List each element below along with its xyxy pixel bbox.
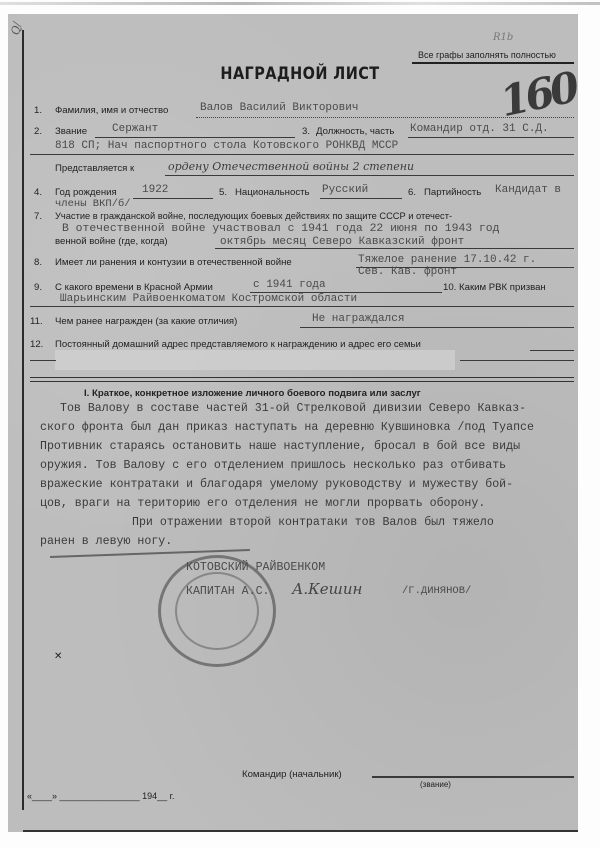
field-11-number: 11. <box>30 316 43 327</box>
field-9-value: с 1941 года <box>253 279 326 291</box>
fill-instruction: Все графы заполнять полностью <box>418 50 556 60</box>
field-2-value: Сержант <box>112 123 158 135</box>
narrative-line-8: ранен в левую ногу. <box>40 533 172 552</box>
field-3-value: Командир отд. 31 С.Д. <box>410 123 549 135</box>
document-title: НАГРАДНОЙ ЛИСТ <box>45 64 555 84</box>
field-10-label-text: Каким РВК призван <box>459 282 546 293</box>
field-5-value: Русский <box>322 184 368 196</box>
narrative-line-6: цов, враги на територию его отделения не… <box>40 495 485 514</box>
presented-label: Представляется к <box>55 163 134 174</box>
presented-award: ордену Отечественной войны 2 степени <box>168 160 414 173</box>
narrative-line-7: При отражении второй контратаки тов Вало… <box>132 514 494 533</box>
field-6-value-continued: члены ВКП/б/ <box>55 198 131 210</box>
field-2-label: Звание <box>55 126 87 137</box>
scan-edge-streak <box>0 2 600 5</box>
corner-mark: Q/ <box>9 21 24 36</box>
rank-caption: (звание) <box>420 780 451 789</box>
field-4-label: Год рождения <box>55 187 117 198</box>
field-8-number: 8. <box>34 257 42 268</box>
narrative-line-2: ского фронта был дан приказ наступать на… <box>40 419 534 438</box>
handwritten-signature: А.Кешин <box>292 580 362 598</box>
field-7-value-continued: октябрь месяц Северо Кавказский фронт <box>220 236 464 248</box>
narrative-line-5: вражеские контратаки и благодаря умелому… <box>40 476 513 495</box>
field-8-value: Тяжелое ранение 17.10.42 г. <box>358 254 536 266</box>
field-11-label: Чем ранее награжден (за какие отличия) <box>55 316 237 327</box>
field-5-number: 5. <box>219 187 227 198</box>
section-1-heading: I. Краткое, конкретное изложение личного… <box>84 388 421 399</box>
commander-label: Командир (начальник) <box>242 769 342 780</box>
field-1-label: Фамилия, имя и отчество <box>55 105 168 116</box>
field-7-label-continued: венной войне (где, когда) <box>55 236 168 247</box>
signature-rank: КАПИТАН А.С. <box>186 585 270 598</box>
field-10-number: 10. <box>443 282 456 293</box>
field-1-number: 1. <box>34 105 42 116</box>
field-4-number: 4. <box>34 187 42 198</box>
archive-mark: R1b <box>493 32 513 43</box>
signature-org: КОТОВСКИЙ РАЙВОЕНКОМ <box>186 561 325 574</box>
field-2-number: 2. <box>34 126 42 137</box>
field-7-number: 7. <box>34 211 42 222</box>
field-3-label: Должность, часть <box>316 126 394 137</box>
narrative-line-4: оружия. Тов Валову с его отделением приш… <box>40 457 506 476</box>
field-10-value: Шарьинским Райвоенкоматом Костромской об… <box>60 293 357 305</box>
field-4-value: 1922 <box>142 184 168 196</box>
field-1-value: Валов Василий Викторович <box>200 102 358 114</box>
margin-line <box>22 30 24 810</box>
field-3-value-continued: 818 СП; Нач паспортного стола Котовского… <box>55 140 398 152</box>
field-5-label: Национальность <box>235 187 310 198</box>
field-3-number: 3. <box>302 126 310 137</box>
bottom-border <box>23 830 578 832</box>
field-11-value: Не награждался <box>312 313 404 325</box>
field-12-number: 12. <box>30 339 43 350</box>
field-9-label: С какого времени в Красной Армии <box>55 282 213 293</box>
narrative-line-3: Противник стараясь остановить наше насту… <box>40 438 520 457</box>
signer-name: /Г.ДИНЯНОВ/ <box>402 585 471 597</box>
ink-blot: ✕ <box>54 651 62 662</box>
field-8-value-continued: Сев. Кав. фронт <box>358 266 457 278</box>
field-9-number: 9. <box>34 282 42 293</box>
field-12-label: Постоянный домашний адрес представляемог… <box>55 339 421 350</box>
date-line: «____» ________________ 194__ г. <box>27 791 174 801</box>
field-7-label: Участие в гражданской войне, последующих… <box>55 211 452 221</box>
narrative-line-1: Тов Валову в составе частей 31-ой Стрелк… <box>60 400 526 419</box>
redacted-address <box>55 350 455 370</box>
field-8-label: Имеет ли ранения и контузии в отечествен… <box>55 257 292 268</box>
field-10-label: 10. Каким РВК призван <box>443 282 546 293</box>
field-6-label: Партийность <box>424 187 481 198</box>
field-7-value: В отечественной войне участвовал с 1941 … <box>62 223 499 235</box>
field-6-number: 6. <box>408 187 416 198</box>
field-6-value: Кандидат в <box>495 184 561 196</box>
